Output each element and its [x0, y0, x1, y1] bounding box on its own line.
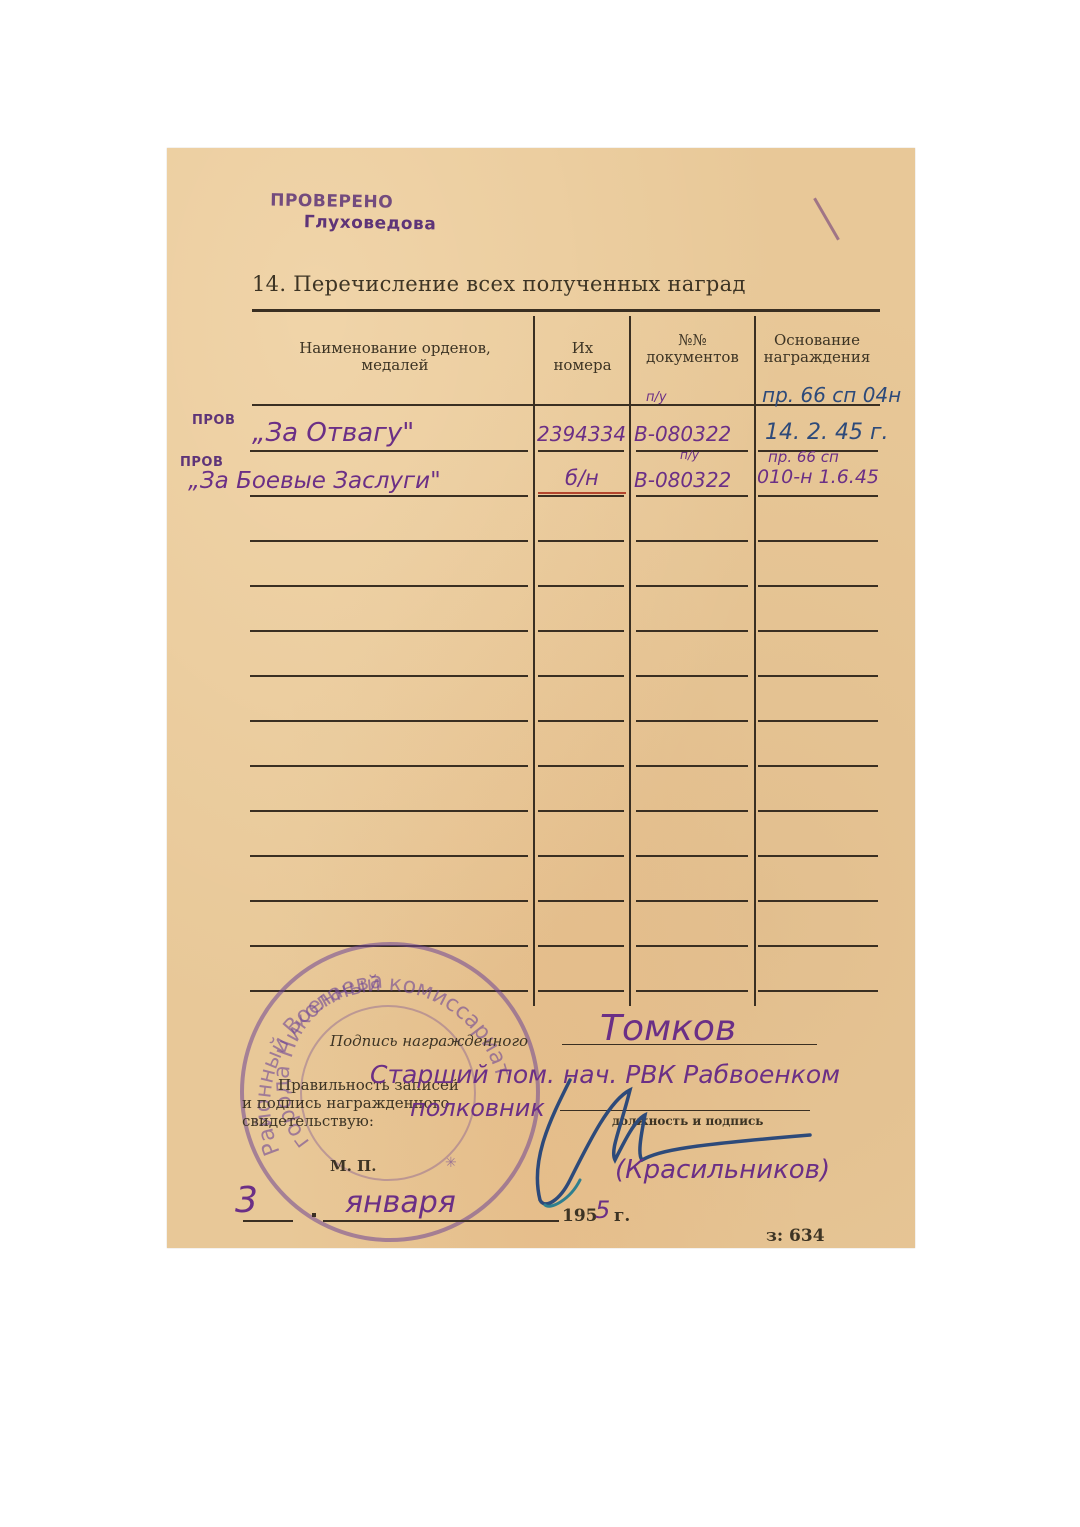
row2-basis-line1: пр. 66 сп: [768, 448, 839, 466]
table-row-line: [250, 495, 528, 497]
table-row-line: [758, 540, 878, 542]
column-divider-3: [754, 316, 756, 1006]
date-year-suffix: 5: [595, 1196, 610, 1224]
column-divider-1: [533, 316, 535, 1006]
table-row-line: [636, 585, 748, 587]
table-row-line: [538, 585, 624, 587]
table-row-line: [636, 765, 748, 767]
table-row-line: [758, 855, 878, 857]
date-month: января: [345, 1185, 456, 1220]
date-month-line: [323, 1220, 559, 1222]
table-row-line: [636, 540, 748, 542]
header-document-numbers: №№ документов: [640, 332, 745, 366]
table-row-line: [538, 495, 624, 497]
table-row-line: [250, 450, 528, 452]
row2-award-name: „За Боевые Заслуги": [188, 468, 441, 494]
table-row-line: [758, 585, 878, 587]
table-row-line: [250, 720, 528, 722]
table-row-line: [538, 450, 624, 452]
table-row-line: [250, 540, 528, 542]
table-row-line: [538, 990, 624, 992]
table-row-line: [250, 675, 528, 677]
row1-basis-line2: 14. 2. 45 г.: [765, 420, 889, 445]
row1-award-number: 2394334: [537, 422, 626, 446]
table-row-line: [250, 630, 528, 632]
row2-doc-prefix: п/у: [680, 448, 699, 462]
seal-place-label: М. П.: [330, 1157, 376, 1175]
table-row-line: [636, 495, 748, 497]
table-row-line: [758, 630, 878, 632]
row2-award-number: б/н: [565, 466, 599, 490]
table-row-line: [538, 945, 624, 947]
row1-basis-line1: пр. 66 сп 04н: [762, 383, 901, 407]
table-row-line: [636, 810, 748, 812]
verified-stamp-line2: Глуховедова: [270, 212, 437, 236]
table-row-line: [758, 720, 878, 722]
official-name-handwritten: (Красильников): [615, 1155, 830, 1185]
table-top-rule: [252, 309, 880, 312]
table-row-line: [538, 720, 624, 722]
table-row-line: [538, 810, 624, 812]
date-day-line: [243, 1220, 293, 1222]
table-row-line: [758, 810, 878, 812]
verified-stamp: ПРОВЕРЕНО Глуховедова: [270, 191, 437, 236]
table-row-line: [250, 900, 528, 902]
table-row-line: [758, 765, 878, 767]
certify-label-line3: свидетельствую:: [242, 1112, 374, 1130]
table-row-line: [250, 855, 528, 857]
row1-document: В-080322: [634, 422, 731, 446]
verified-stamp-line1: ПРОВЕРЕНО: [270, 191, 437, 215]
print-order-number: з: 634: [766, 1226, 825, 1246]
table-row-line: [250, 810, 528, 812]
date-year-prefix: 195: [562, 1206, 598, 1226]
row2-document: В-080322: [634, 468, 731, 492]
row1-verify-stamp: ПРОВ: [192, 413, 235, 428]
row1-doc-prefix: п/у: [646, 390, 667, 405]
table-row-line: [538, 855, 624, 857]
row1-award-name: „За Отвагу": [252, 418, 414, 448]
table-row-line: [250, 765, 528, 767]
table-row-line: [636, 630, 748, 632]
table-row-line: [636, 855, 748, 857]
date-year-label: г.: [614, 1206, 630, 1226]
table-row-line: [758, 945, 878, 947]
table-row-line: [636, 675, 748, 677]
header-numbers: Их номера: [545, 340, 620, 374]
date-dot: [312, 1213, 316, 1217]
table-row-line: [636, 720, 748, 722]
table-row-line: [758, 495, 878, 497]
table-row-line: [636, 945, 748, 947]
column-divider-2: [629, 316, 631, 1006]
table-row-line: [538, 900, 624, 902]
awardee-signature-label: Подпись награжденного: [330, 1032, 528, 1050]
table-row-line: [636, 990, 748, 992]
row2-basis-line2: 010-н 1.6.45: [757, 466, 879, 488]
table-row-line: [250, 585, 528, 587]
star-mark-icon: ✳: [445, 1155, 457, 1172]
date-day: 3: [235, 1180, 258, 1221]
header-award-name: Наименование орденов, медалей: [270, 340, 520, 374]
table-row-line: [758, 990, 878, 992]
table-row-line: [538, 675, 624, 677]
header-award-basis: Основание награждения: [762, 332, 872, 366]
section-title: 14. Перечисление всех полученных наград: [252, 272, 746, 296]
table-row-line: [538, 765, 624, 767]
official-signature-scribble: [510, 1060, 830, 1220]
table-row-line: [636, 900, 748, 902]
table-row-line: [538, 540, 624, 542]
table-row-line: [758, 900, 878, 902]
row2-number-underline-red: [538, 492, 626, 494]
table-row-line: [538, 630, 624, 632]
awardee-signature: Томков: [600, 1008, 736, 1049]
table-row-line: [758, 675, 878, 677]
